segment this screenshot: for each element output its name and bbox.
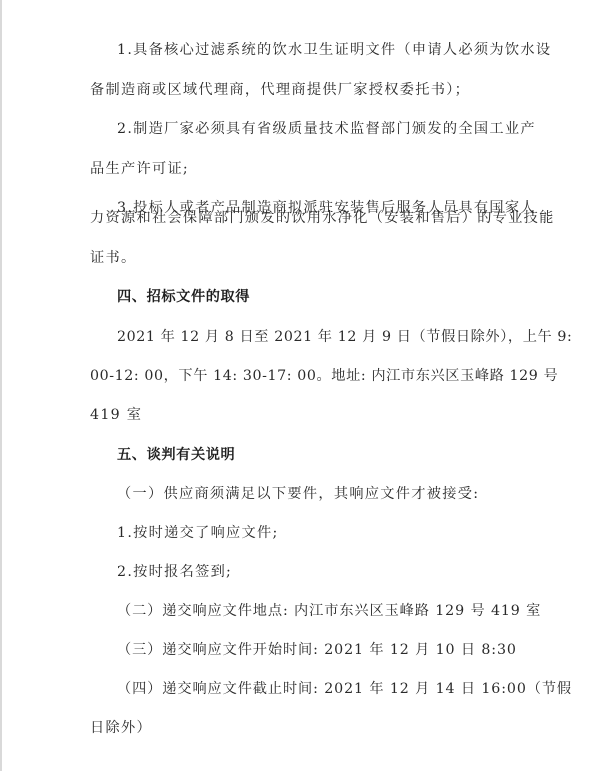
requirement-2: 2.按时报名签到;: [117, 562, 232, 582]
item-3-line-2: 力资源和社会保障部门颁发的饮用水净化（安装和售后）的专业技能: [90, 208, 555, 228]
section-heading-5: 五、谈判有关说明: [117, 445, 235, 465]
submission-location: （二）递交响应文件地点: 内江市东兴区玉峰路 129 号 419 室: [117, 601, 541, 621]
item-1-line-2: 备制造商或区域代理商，代理商提供厂家授权委托书）；: [90, 80, 470, 100]
acquisition-line-1: 2021 年 12 月 8 日至 2021 年 12 月 9 日（节假日除外），…: [117, 327, 572, 347]
item-1-line-1: 1.具备核心过滤系统的饮水卫生证明文件（申请人必须为饮水设: [117, 40, 551, 60]
item-2-line-1: 2.制造厂家必须具有省级质量技术监督部门颁发的全国工业产: [117, 119, 536, 139]
requirement-intro: （一）供应商须满足以下要件，其响应文件才被接受:: [117, 484, 479, 504]
requirement-1: 1.按时递交了响应文件;: [117, 523, 279, 543]
page-edge: [0, 0, 2, 771]
acquisition-line-2: 00-12: 00，下午 14: 30-17: 00。地址: 内江市东兴区玉峰路…: [90, 366, 558, 386]
item-3-line-3: 证书。: [90, 248, 136, 268]
submission-start-time: （三）递交响应文件开始时间: 2021 年 12 月 10 日 8:30: [117, 640, 517, 660]
section-heading-4: 四、招标文件的取得: [117, 287, 250, 307]
submission-deadline-line-2: 日除外）: [90, 718, 152, 738]
submission-deadline-line-1: （四）递交响应文件截止时间: 2021 年 12 月 14 日 16:00（节假: [117, 679, 572, 699]
acquisition-line-3: 419 室: [90, 405, 142, 425]
item-2-line-2: 品生产许可证;: [90, 159, 189, 179]
